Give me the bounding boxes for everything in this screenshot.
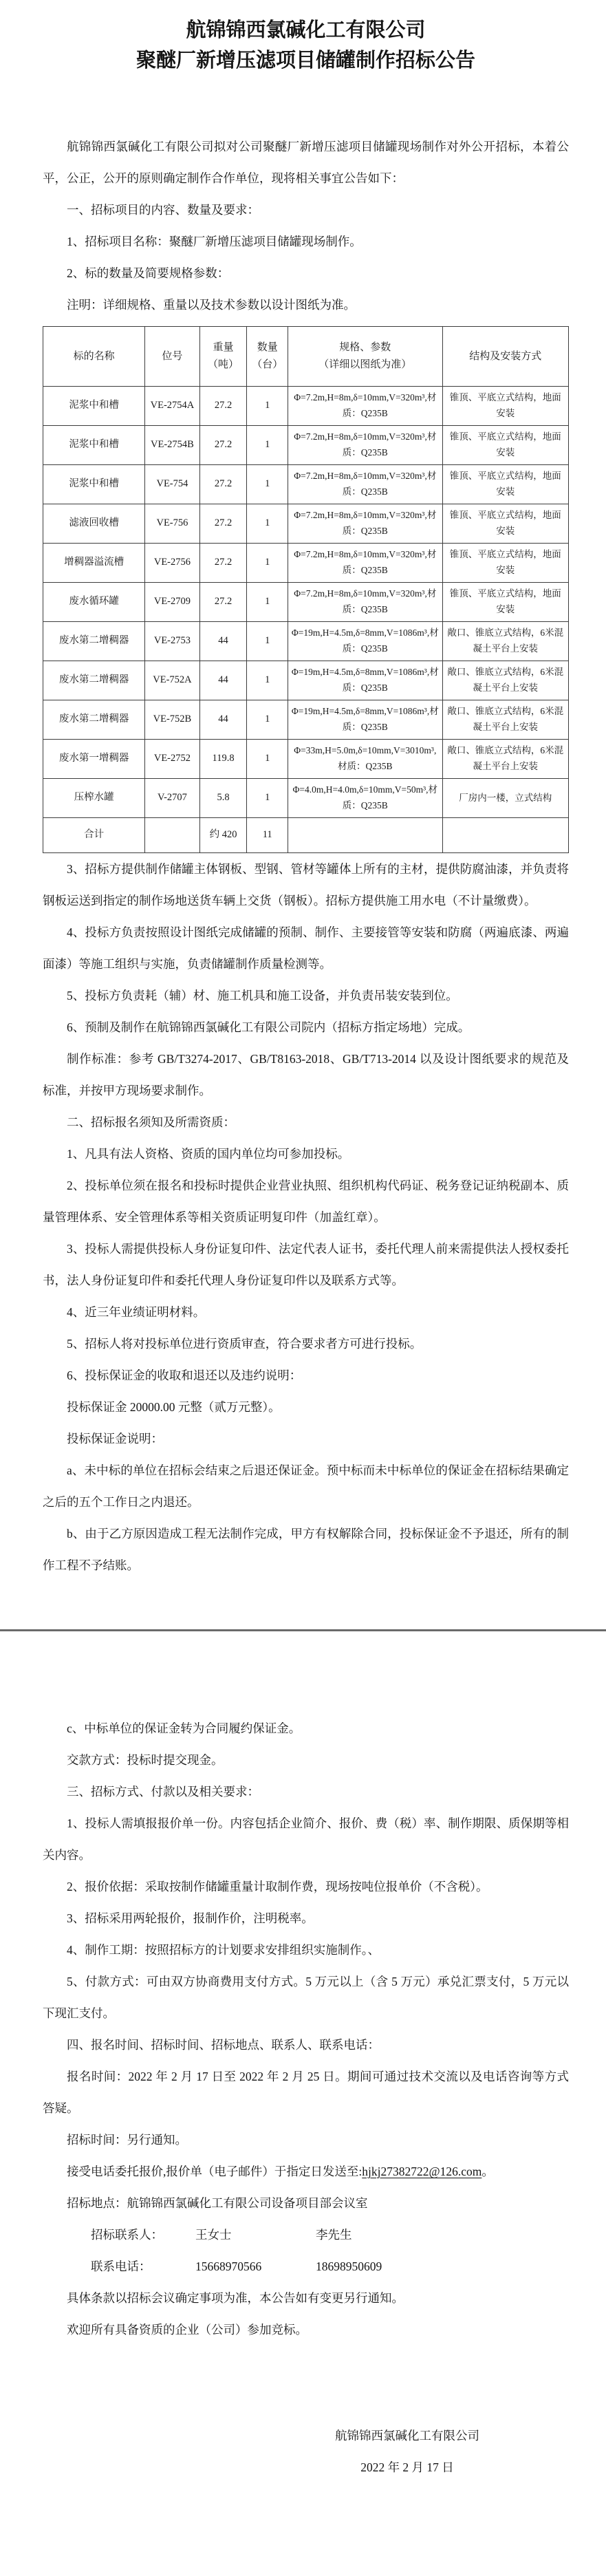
- cell-name: 泥浆中和槽: [43, 465, 145, 504]
- paragraph: 2、报价依据：采取按制作储罐重量计取制作费，现场按吨位报单价（不含税）。: [43, 1871, 569, 1902]
- contact-persons-line: 招标联系人：王女士李先生: [43, 2219, 569, 2251]
- table-row: 增稠器溢流槽 VE-2756 27.2 1 Φ=7.2m,H=8m,δ=10mm…: [43, 544, 569, 583]
- signature-company: 航锦锦西氯碱化工有限公司: [246, 2420, 569, 2451]
- col-header-install: 结构及安装方式: [442, 327, 568, 387]
- email-prefix: 接受电话委托报价,报价单（电子邮件）于指定日发送至:: [67, 2165, 362, 2178]
- paragraph: 注明：详细规格、重量以及技术参数以设计图纸为准。: [43, 289, 569, 321]
- cell-name: 滤液回收槽: [43, 504, 145, 544]
- email-suffix: 。: [481, 2165, 494, 2178]
- paragraph: 2、投标单位须在报名和投标时提供企业营业执照、组织机构代码证、税务登记证纳税副本…: [43, 1170, 569, 1233]
- title-company: 航锦锦西氯碱化工有限公司: [43, 15, 569, 45]
- cell-name: 废水第一增稠器: [43, 740, 145, 779]
- cell-qty: 1: [247, 387, 288, 426]
- cell-install: 敞口、锥底立式结构，6米混凝土平台上安装: [442, 740, 568, 779]
- cell-name: 废水第二增稠器: [43, 661, 145, 700]
- cell-name: 泥浆中和槽: [43, 387, 145, 426]
- table-row: 滤液回收槽 VE-756 27.2 1 Φ=7.2m,H=8m,δ=10mm,V…: [43, 504, 569, 544]
- spec-table: 标的名称 位号 重量 （吨） 数量 （台） 规格、参数 （详细以图纸为准） 结构…: [43, 326, 569, 853]
- document-page: 航锦锦西氯碱化工有限公司 聚醚厂新增压滤项目储罐制作招标公告 航锦锦西氯碱化工有…: [0, 0, 606, 2576]
- cell-spec: Φ=7.2m,H=8m,δ=10mm,V=320m³,材质：Q235B: [288, 583, 442, 622]
- cell-spec: Φ=7.2m,H=8m,δ=10mm,V=320m³,材质：Q235B: [288, 544, 442, 583]
- table-row: 泥浆中和槽 VE-2754A 27.2 1 Φ=7.2m,H=8m,δ=10mm…: [43, 387, 569, 426]
- paragraph: 制作标准：参考 GB/T3274-2017、GB/T8163-2018、GB/T…: [43, 1043, 569, 1106]
- cell-install: 敞口、锥底立式结构，6米混凝土平台上安装: [442, 622, 568, 661]
- contact-name-1: 王女士: [171, 2219, 316, 2251]
- paragraph: c、中标单位的保证金转为合同履约保证金。: [43, 1713, 569, 1744]
- cell-weight: 44: [199, 622, 247, 661]
- cell-tag: VE-754: [145, 465, 199, 504]
- col-header-name: 标的名称: [43, 327, 145, 387]
- cell-tag: VE-2753: [145, 622, 199, 661]
- contact-phones-line: 联系电话：1566897056618698950609: [43, 2251, 569, 2282]
- cell-weight: 44: [199, 661, 247, 700]
- cell-qty: 1: [247, 504, 288, 544]
- signature-block: 航锦锦西氯碱化工有限公司 2022 年 2 月 17 日: [246, 2420, 569, 2483]
- paragraph: 4、投标方负责按照设计图纸完成储罐的预制、制作、主要接管等安装和防腐（两遍底漆、…: [43, 916, 569, 980]
- cell-total-label: 合计: [43, 818, 145, 853]
- cell-name: 增稠器溢流槽: [43, 544, 145, 583]
- cell-tag: VE-2754A: [145, 387, 199, 426]
- paragraph: 6、预制及制作在航锦锦西氯碱化工有限公司院内（招标方指定场地）完成。: [43, 1011, 569, 1043]
- paragraph: 3、招标方提供制作储罐主体钢板、型钢、管材等罐体上所有的主材，提供防腐油漆，并负…: [43, 853, 569, 916]
- cell-install: 锥顶、平底立式结构，地面安装: [442, 583, 568, 622]
- table-row: 泥浆中和槽 VE-754 27.2 1 Φ=7.2m,H=8m,δ=10mm,V…: [43, 465, 569, 504]
- col-header-tag: 位号: [145, 327, 199, 387]
- cell-tag: VE-752B: [145, 700, 199, 740]
- paragraph: a、未中标的单位在招标会结束之后退还保证金。预中标而未中标单位的保证金在招标结果…: [43, 1455, 569, 1518]
- cell-install: 敞口、锥底立式结构，6米混凝土平台上安装: [442, 661, 568, 700]
- paragraph: 投标保证金 20000.00 元整（贰万元整）。: [43, 1391, 569, 1423]
- paragraph: 5、投标方负责耗（辅）材、施工机具和施工设备，并负责吊装安装到位。: [43, 980, 569, 1011]
- cell-weight: 27.2: [199, 583, 247, 622]
- cell-weight: 27.2: [199, 544, 247, 583]
- cell-spec: Φ=7.2m,H=8m,δ=10mm,V=320m³,材质：Q235B: [288, 504, 442, 544]
- cell-install: 锥顶、平底立式结构，地面安装: [442, 426, 568, 465]
- cell-name: 废水第二增稠器: [43, 700, 145, 740]
- col-header-qty: 数量 （台）: [247, 327, 288, 387]
- paragraph: 2、标的数量及简要规格参数：: [43, 257, 569, 289]
- email-paragraph: 接受电话委托报价,报价单（电子邮件）于指定日发送至:hjkj27382722@1…: [43, 2156, 569, 2187]
- cell-qty: 1: [247, 622, 288, 661]
- cell-weight: 27.2: [199, 387, 247, 426]
- cell-qty: 1: [247, 779, 288, 818]
- cell-spec: Φ=19m,H=4.5m,δ=8mm,V=1086m³,材质：Q235B: [288, 661, 442, 700]
- cell-install: 敞口、锥底立式结构，6米混凝土平台上安装: [442, 700, 568, 740]
- signature-date: 2022 年 2 月 17 日: [246, 2451, 569, 2483]
- table-row: 泥浆中和槽 VE-2754B 27.2 1 Φ=7.2m,H=8m,δ=10mm…: [43, 426, 569, 465]
- paragraph: 招标时间：另行通知。: [43, 2124, 569, 2156]
- paragraph: 3、投标人需提供投标人身份证复印件、法定代表人证书，委托代理人前来需提供法人授权…: [43, 1233, 569, 1296]
- table-row: 废水循环罐 VE-2709 27.2 1 Φ=7.2m,H=8m,δ=10mm,…: [43, 583, 569, 622]
- cell-spec: Φ=19m,H=4.5m,δ=8mm,V=1086m³,材质：Q235B: [288, 700, 442, 740]
- cell-spec: Φ=19m,H=4.5m,δ=8mm,V=1086m³,材质：Q235B: [288, 622, 442, 661]
- cell-install: 锥顶、平底立式结构，地面安装: [442, 387, 568, 426]
- phone-label: 联系电话：: [67, 2251, 171, 2282]
- bid-location: 招标地点：航锦锦西氯碱化工有限公司设备项目部会议室: [43, 2187, 569, 2219]
- col-header-weight: 重量 （吨）: [199, 327, 247, 387]
- cell-tag: VE-2756: [145, 544, 199, 583]
- email-link[interactable]: hjkj27382722@126.com: [362, 2165, 481, 2178]
- paragraph: 欢迎所有具备资质的企业（公司）参加竞标。: [43, 2314, 569, 2346]
- paragraph: 报名时间：2022 年 2 月 17 日至 2022 年 2 月 25 日。期间…: [43, 2061, 569, 2124]
- cell-name: 废水第二增稠器: [43, 622, 145, 661]
- cell-qty: 1: [247, 465, 288, 504]
- phone-number-1: 15668970566: [171, 2251, 316, 2282]
- cell-name: 废水循环罐: [43, 583, 145, 622]
- paragraph: 1、投标人需填报报价单一份。内容包括企业简介、报价、费（税）率、制作期限、质保期…: [43, 1807, 569, 1871]
- paragraph: 4、制作工期：按照招标方的计划要求安排组织实施制作。、: [43, 1934, 569, 1966]
- section-heading-2: 二、招标报名须知及所需资质：: [43, 1106, 569, 1138]
- paragraph: 6、投标保证金的收取和退还以及违约说明：: [43, 1360, 569, 1391]
- cell-spec: Φ=7.2m,H=8m,δ=10mm,V=320m³,材质：Q235B: [288, 465, 442, 504]
- cell-spec: Φ=4.0m,H=4.0m,δ=10mm,V=50m³,材质：Q235B: [288, 779, 442, 818]
- page-break-divider: [0, 1629, 606, 1631]
- table-row: 废水第二增稠器 VE-752B 44 1 Φ=19m,H=4.5m,δ=8mm,…: [43, 700, 569, 740]
- cell-total-spec: [288, 818, 442, 853]
- page-title: 航锦锦西氯碱化工有限公司 聚醚厂新增压滤项目储罐制作招标公告: [43, 15, 569, 76]
- table-row: 废水第二增稠器 VE-752A 44 1 Φ=19m,H=4.5m,δ=8mm,…: [43, 661, 569, 700]
- cell-tag: VE-2709: [145, 583, 199, 622]
- cell-install: 锥顶、平底立式结构，地面安装: [442, 504, 568, 544]
- cell-install: 厂房内一楼，立式结构: [442, 779, 568, 818]
- cell-tag: VE-2754B: [145, 426, 199, 465]
- cell-tag: VE-752A: [145, 661, 199, 700]
- cell-tag: V-2707: [145, 779, 199, 818]
- cell-qty: 1: [247, 661, 288, 700]
- cell-weight: 5.8: [199, 779, 247, 818]
- table-row: 压榨水罐 V-2707 5.8 1 Φ=4.0m,H=4.0m,δ=10mm,V…: [43, 779, 569, 818]
- cell-weight: 27.2: [199, 504, 247, 544]
- cell-tag: VE-2752: [145, 740, 199, 779]
- intro-paragraph: 航锦锦西氯碱化工有限公司拟对公司聚醚厂新增压滤项目储罐现场制作对外公开招标，本着…: [43, 131, 569, 194]
- col-header-spec: 规格、参数 （详细以图纸为准）: [288, 327, 442, 387]
- paragraph: b、由于乙方原因造成工程无法制作完成，甲方有权解除合同，投标保证金不予退还，所有…: [43, 1518, 569, 1581]
- cell-install: 锥顶、平底立式结构，地面安装: [442, 465, 568, 504]
- cell-total-install: [442, 818, 568, 853]
- table-header-row: 标的名称 位号 重量 （吨） 数量 （台） 规格、参数 （详细以图纸为准） 结构…: [43, 327, 569, 387]
- contact-label: 招标联系人：: [67, 2219, 171, 2251]
- paragraph: 1、凡具有法人资格、资质的国内单位均可参加投标。: [43, 1138, 569, 1170]
- cell-spec: Φ=7.2m,H=8m,δ=10mm,V=320m³,材质：Q235B: [288, 426, 442, 465]
- paragraph: 投标保证金说明：: [43, 1423, 569, 1455]
- section-heading-1: 一、招标项目的内容、数量及要求：: [43, 194, 569, 226]
- paragraph: 3、招标采用两轮报价，报制作价，注明税率。: [43, 1902, 569, 1934]
- cell-qty: 1: [247, 740, 288, 779]
- phone-number-2: 18698950609: [316, 2260, 382, 2273]
- table-total-row: 合计 约 420 11: [43, 818, 569, 853]
- section-heading-4: 四、报名时间、招标时间、招标地点、联系人、联系电话：: [43, 2029, 569, 2061]
- cell-qty: 1: [247, 700, 288, 740]
- cell-weight: 44: [199, 700, 247, 740]
- cell-tag: VE-756: [145, 504, 199, 544]
- paragraph: 5、招标人将对投标单位进行资质审查，符合要求者方可进行投标。: [43, 1328, 569, 1360]
- cell-qty: 1: [247, 426, 288, 465]
- cell-spec: Φ=7.2m,H=8m,δ=10mm,V=320m³,材质：Q235B: [288, 387, 442, 426]
- cell-total-tag: [145, 818, 199, 853]
- cell-total-weight: 约 420: [199, 818, 247, 853]
- cell-qty: 1: [247, 583, 288, 622]
- cell-weight: 27.2: [199, 426, 247, 465]
- cell-qty: 1: [247, 544, 288, 583]
- paragraph: 交款方式：投标时提交现金。: [43, 1744, 569, 1776]
- cell-weight: 27.2: [199, 465, 247, 504]
- cell-name: 压榨水罐: [43, 779, 145, 818]
- contact-name-2: 李先生: [316, 2228, 352, 2242]
- paragraph: 4、近三年业绩证明材料。: [43, 1296, 569, 1328]
- table-row: 废水第二增稠器 VE-2753 44 1 Φ=19m,H=4.5m,δ=8mm,…: [43, 622, 569, 661]
- cell-spec: Φ=33m,H=5.0m,δ=10mm,V=3010m³,材质：Q235B: [288, 740, 442, 779]
- title-subject: 聚醚厂新增压滤项目储罐制作招标公告: [43, 45, 569, 76]
- cell-install: 锥顶、平底立式结构，地面安装: [442, 544, 568, 583]
- table-row: 废水第一增稠器 VE-2752 119.8 1 Φ=33m,H=5.0m,δ=1…: [43, 740, 569, 779]
- paragraph: 5、付款方式：可由双方协商费用支付方式。5 万元以上（含 5 万元）承兑汇票支付…: [43, 1966, 569, 2029]
- paragraph: 1、招标项目名称：聚醚厂新增压滤项目储罐现场制作。: [43, 226, 569, 257]
- paragraph: 具体条款以招标会议确定事项为准，本公告如有变更另行通知。: [43, 2282, 569, 2314]
- cell-total-qty: 11: [247, 818, 288, 853]
- cell-weight: 119.8: [199, 740, 247, 779]
- section-heading-3: 三、招标方式、付款以及相关要求：: [43, 1776, 569, 1807]
- cell-name: 泥浆中和槽: [43, 426, 145, 465]
